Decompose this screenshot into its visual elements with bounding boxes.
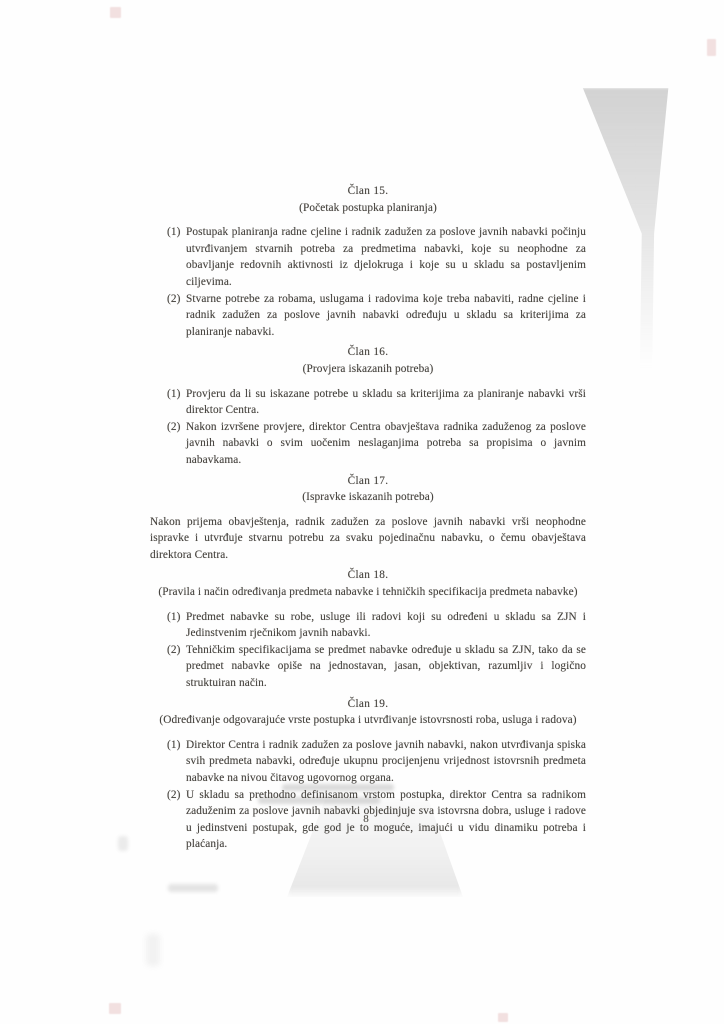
article-heading: Član 16. [150,344,586,361]
corner-mark [110,7,121,18]
item-text: Nakon izvršene provjere, direktor Centra… [186,419,586,469]
item-marker: (2) [167,419,186,469]
corner-mark [109,1003,121,1014]
article-heading: Član 17. [150,473,586,490]
article-clan-19: Član 19. (Određivanje odgovarajuće vrste… [150,696,586,853]
scan-smudge-artifact [118,836,128,851]
numbered-paragraph: (1) Provjeru da li su iskazane potrebe u… [150,386,586,419]
corner-mark [498,1013,508,1022]
item-text: Stvarne potrebe za robama, uslugama i ra… [186,291,586,341]
scan-fold-shadow-artifact [580,88,675,368]
numbered-paragraph: (1) Direktor Centra i radnik zadužen za … [150,737,586,787]
item-text: Tehničkim specifikacijama se predmet nab… [186,642,586,692]
article-paragraph: Nakon prijema obavještenja, radnik zaduž… [150,514,586,564]
article-subtitle: (Ispravke iskazanih potreba) [150,489,586,506]
scanned-document-page: Član 15. (Početak postupka planiranja) (… [0,0,724,1024]
article-clan-16: Član 16. (Provjera iskazanih potreba) (1… [150,344,586,468]
article-subtitle: (Početak postupka planiranja) [150,200,586,217]
item-marker: (2) [167,291,186,341]
page-number: 8 [356,813,376,825]
scan-smudge-artifact [168,884,218,892]
article-heading: Član 15. [150,183,586,200]
article-subtitle: (Provjera iskazanih potreba) [150,361,586,378]
item-marker: (1) [167,737,186,787]
item-marker: (2) [167,787,186,853]
item-text: U skladu sa prethodno definisanom vrstom… [186,787,586,853]
numbered-paragraph: (2) Stvarne potrebe za robama, uslugama … [150,291,586,341]
article-clan-17: Član 17. (Ispravke iskazanih potreba) Na… [150,473,586,564]
item-marker: (1) [167,224,186,290]
item-text: Postupak planiranja radne cjeline i radn… [186,224,586,290]
numbered-paragraph: (1) Postupak planiranja radne cjeline i … [150,224,586,290]
article-subtitle: (Određivanje odgovarajuće vrste postupka… [150,712,586,729]
document-body: Član 15. (Početak postupka planiranja) (… [150,183,586,853]
item-marker: (1) [167,386,186,419]
article-clan-15: Član 15. (Početak postupka planiranja) (… [150,183,586,340]
article-heading: Član 18. [150,567,586,584]
corner-mark [707,39,716,56]
article-subtitle: (Pravila i način određivanja predmeta na… [150,584,586,601]
scan-smudge-artifact [146,934,160,966]
item-marker: (1) [167,609,186,642]
item-text: Provjeru da li su iskazane potrebe u skl… [186,386,586,419]
numbered-paragraph: (2) Tehničkim specifikacijama se predmet… [150,642,586,692]
item-marker: (2) [167,642,186,692]
item-text: Direktor Centra i radnik zadužen za posl… [186,737,586,787]
item-text: Predmet nabavke su robe, usluge ili rado… [186,609,586,642]
article-clan-18: Član 18. (Pravila i način određivanja pr… [150,567,586,691]
numbered-paragraph: (1) Predmet nabavke su robe, usluge ili … [150,609,586,642]
article-heading: Član 19. [150,696,586,713]
numbered-paragraph: (2) Nakon izvršene provjere, direktor Ce… [150,419,586,469]
